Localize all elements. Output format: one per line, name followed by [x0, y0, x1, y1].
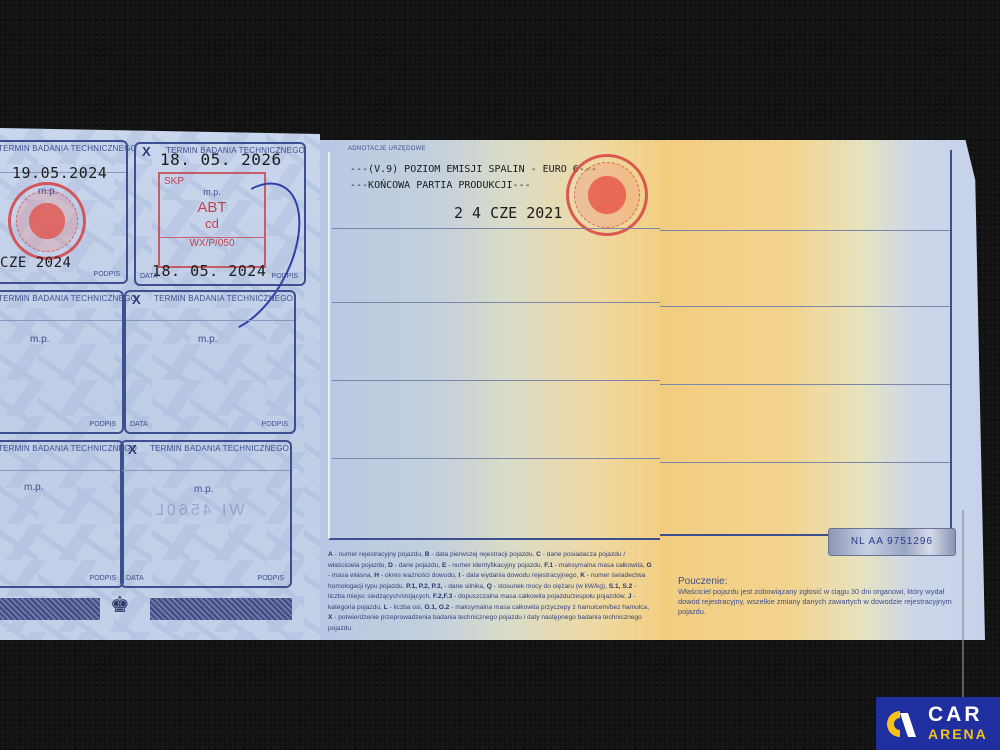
- legend-key: F.2,F.3: [433, 593, 452, 600]
- legend-description: - potwierdzenie przeprowadzenia badania …: [328, 614, 642, 632]
- podpis-label: PODPIS: [258, 575, 284, 582]
- car-arena-logo: CAR ARENA: [876, 697, 1000, 750]
- serial-number: NL AA 9751296: [829, 529, 955, 555]
- podpis-label: PODPIS: [94, 271, 120, 278]
- notice: Pouczenie: Właściciel pojazdu jest zobow…: [678, 576, 958, 617]
- podpis-label: PODPIS: [90, 575, 116, 582]
- data-label: DATA: [126, 575, 144, 582]
- inspection-box: TERMIN BADANIA TECHNICZNEGO m.p. PODPIS: [0, 290, 124, 434]
- legend-description: - stosunek mocy do ciężaru (w kW/kg),: [492, 583, 609, 590]
- annotations-label: ADNOTACJE URZĘDOWE: [348, 146, 426, 152]
- legend-key: G: [647, 562, 652, 569]
- mp-label: m.p.: [38, 186, 57, 197]
- legend-description: - data wydania dowodu rejestracyjnego,: [460, 572, 580, 579]
- legend-description: - dane pojazdu,: [393, 562, 442, 569]
- legend-key: P.1, P.2, P.3,: [406, 583, 442, 590]
- inspection-page: TERMIN BADANIA TECHNICZNEGO 19.05.2024 m…: [0, 128, 320, 640]
- legend-description: - liczba osi,: [388, 604, 425, 611]
- legend-description: - masa własna,: [328, 572, 374, 579]
- annotations-page: ADNOTACJE URZĘDOWE ---(V.9) POZIOM EMISJ…: [320, 140, 660, 640]
- legend-description: - maksymalna masa całkowita przyczepy z …: [449, 604, 649, 611]
- notice-page: NL AA 9751296 Pouczenie: Właściciel poja…: [660, 140, 985, 640]
- legend-description: - dane silnika,: [442, 583, 486, 590]
- inspection-box: X TERMIN BADANIA TECHNICZNEGO m.p. DATA …: [124, 290, 296, 434]
- legend-description: - dopuszczalna masa całkowita pojazdu/ze…: [452, 593, 628, 600]
- faint-mirror-text: WI 4560L: [152, 502, 244, 520]
- cable: [962, 510, 964, 700]
- annotation-date-stamp: 2 4 CZE 2021: [454, 204, 562, 222]
- legend-key: S.1, S.2: [609, 583, 632, 590]
- legend-description: - maksymalna masa całkowita,: [553, 562, 646, 569]
- podpis-label: PODPIS: [90, 421, 116, 428]
- x-marker: X: [142, 144, 151, 159]
- box-title: TERMIN BADANIA TECHNICZNEGO: [0, 294, 137, 303]
- inspection-box: TERMIN BADANIA TECHNICZNEGO 19.05.2024 m…: [0, 140, 128, 284]
- polish-eagle-icon: ♚: [110, 592, 130, 618]
- stamp-skp: SKP: [160, 176, 264, 187]
- legend-key: F.1: [544, 562, 553, 569]
- logo-text-car: CAR: [928, 703, 983, 727]
- inspection-box: X TERMIN BADANIA TECHNICZNEGO m.p. WI 45…: [120, 440, 292, 588]
- legend-description: - data pierwszej rejestracji pojazdu,: [430, 551, 537, 558]
- notice-heading: Pouczenie:: [678, 576, 958, 587]
- legend-key: O.1, O.2: [424, 604, 449, 611]
- logo-text-arena: ARENA: [928, 726, 988, 742]
- security-band: [150, 598, 292, 620]
- box-title: TERMIN BADANIA TECHNICZNEGO: [154, 294, 293, 303]
- official-seal: [566, 154, 648, 236]
- registration-document: TERMIN BADANIA TECHNICZNEGO 19.05.2024 m…: [0, 128, 985, 643]
- annotation-final-batch: ---KOŃCOWA PARTIA PRODUKCJI---: [350, 180, 531, 191]
- podpis-label: PODPIS: [262, 421, 288, 428]
- legend-description: - okres ważności dowodu,: [379, 572, 459, 579]
- security-band: [0, 598, 100, 620]
- box-title: TERMIN BADANIA TECHNICZNEGO: [150, 444, 289, 453]
- hologram-serial: NL AA 9751296: [828, 528, 956, 556]
- x-marker: X: [128, 442, 137, 457]
- next-inspection-date: 18. 05. 2026: [160, 150, 282, 169]
- x-marker: X: [132, 292, 141, 307]
- mp-label: m.p.: [198, 334, 217, 345]
- data-label: DATA: [130, 421, 148, 428]
- field-legend: A - numer rejestracyjny pojazdu, B - dat…: [328, 550, 654, 634]
- next-inspection-date: 19.05.2024: [12, 164, 107, 182]
- date-stamp: CZE 2024: [0, 255, 71, 271]
- notice-text: Właściciel pojazdu jest zobowiązany zgło…: [678, 587, 958, 617]
- car-arena-logo-icon: [886, 709, 916, 739]
- annotation-emission-level: ---(V.9) POZIOM EMISJI SPALIN - EURO 6--…: [350, 164, 597, 175]
- mp-label: m.p.: [30, 334, 49, 345]
- box-title: TERMIN BADANIA TECHNICZNEGO: [0, 444, 137, 453]
- legend-description: - numer rejestracyjny pojazdu,: [333, 551, 425, 558]
- data-label: DATA: [140, 273, 158, 280]
- mp-label: m.p.: [194, 484, 213, 495]
- box-title: TERMIN BADANIA TECHNICZNEGO: [0, 144, 137, 153]
- inspection-box: TERMIN BADANIA TECHNICZNEGO m.p. PODPIS: [0, 440, 124, 588]
- legend-description: - numer identyfikacyjny pojazdu,: [446, 562, 544, 569]
- mp-label: m.p.: [24, 482, 43, 493]
